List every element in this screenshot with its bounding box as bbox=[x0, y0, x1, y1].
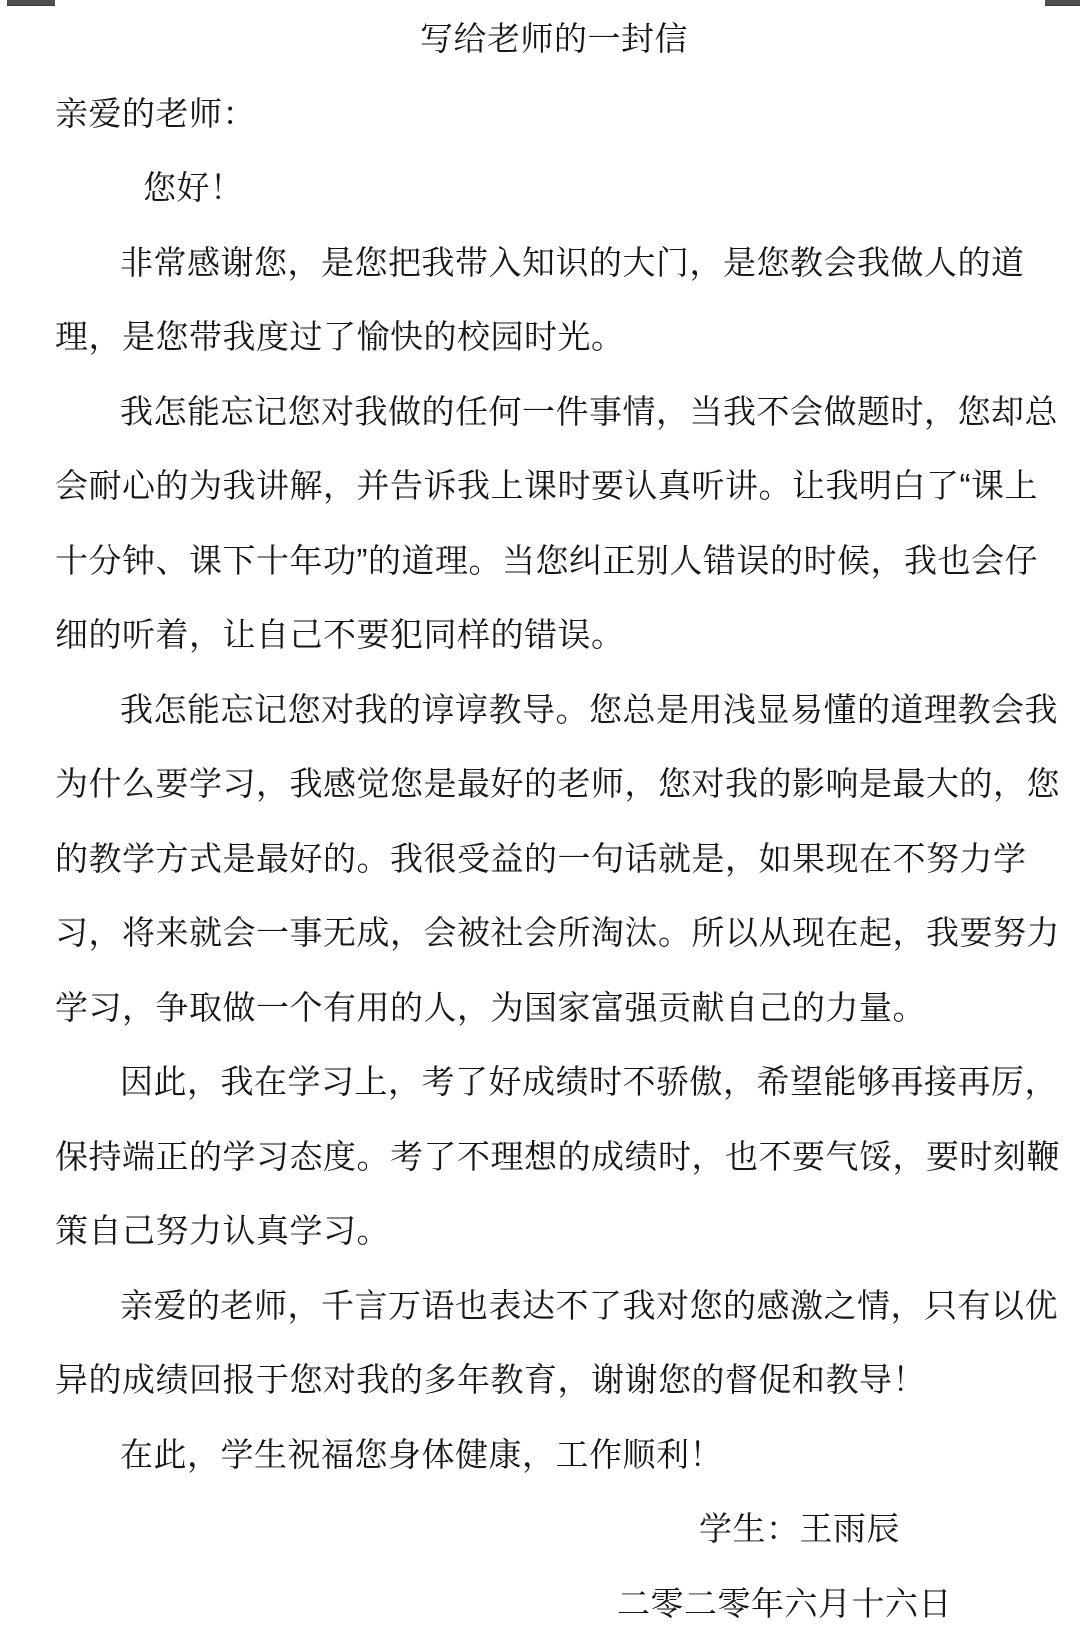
body-line: 十分钟、课下十年功”的道理。当您纠正别人错误的时候，我也会仔 bbox=[55, 524, 1025, 599]
body-line: 因此，我在学习上，考了好成绩时不骄傲，希望能够再接再厉， bbox=[55, 1045, 1025, 1120]
body-line: 我怎能忘记您对我的谆谆教导。您总是用浅显易懂的道理教会我 bbox=[55, 673, 1025, 748]
salutation: 亲爱的老师： bbox=[55, 77, 1025, 152]
body-line: 策自己努力认真学习。 bbox=[55, 1194, 1025, 1269]
body-line: 学习，争取做一个有用的人，为国家富强贡献自己的力量。 bbox=[55, 971, 1025, 1046]
letter-document: 写给老师的一封信 亲爱的老师： 您好！ 非常感谢您，是您把我带入知识的大门，是您… bbox=[0, 0, 1080, 1641]
body-line: 亲爱的老师，千言万语也表达不了我对您的感激之情，只有以优 bbox=[55, 1269, 1025, 1344]
body-line: 会耐心的为我讲解，并告诉我上课时要认真听讲。让我明白了“课上 bbox=[55, 449, 1025, 524]
body-line: 我怎能忘记您对我做的任何一件事情，当我不会做题时，您却总 bbox=[55, 375, 1025, 450]
body-line: 保持端正的学习态度。考了不理想的成绩时，也不要气馁，要时刻鞭 bbox=[55, 1120, 1025, 1195]
body-line: 习，将来就会一事无成，会被社会所淘汰。所以从现在起，我要努力 bbox=[55, 896, 1025, 971]
letter-page: 写给老师的一封信 亲爱的老师： 您好！ 非常感谢您，是您把我带入知识的大门，是您… bbox=[0, 0, 1080, 1652]
greeting: 您好！ bbox=[55, 151, 1025, 226]
signature: 学生：王雨辰 bbox=[55, 1492, 1025, 1567]
body-line: 非常感谢您，是您把我带入知识的大门，是您教会我做人的道 bbox=[55, 226, 1025, 301]
date-line: 二零二零年六月十六日 bbox=[55, 1567, 1025, 1642]
letter-title: 写给老师的一封信 bbox=[55, 2, 1025, 77]
body-line: 异的成绩回报于您对我的多年教育，谢谢您的督促和教导！ bbox=[55, 1343, 1025, 1418]
body-line: 的教学方式是最好的。我很受益的一句话就是，如果现在不努力学 bbox=[55, 822, 1025, 897]
body-line: 为什么要学习，我感觉您是最好的老师，您对我的影响是最大的，您 bbox=[55, 747, 1025, 822]
body-line: 理，是您带我度过了愉快的校园时光。 bbox=[55, 300, 1025, 375]
body-line: 细的听着，让自己不要犯同样的错误。 bbox=[55, 598, 1025, 673]
letter-body: 非常感谢您，是您把我带入知识的大门，是您教会我做人的道理，是您带我度过了愉快的校… bbox=[55, 226, 1025, 1493]
body-line: 在此，学生祝福您身体健康，工作顺利！ bbox=[55, 1418, 1025, 1493]
